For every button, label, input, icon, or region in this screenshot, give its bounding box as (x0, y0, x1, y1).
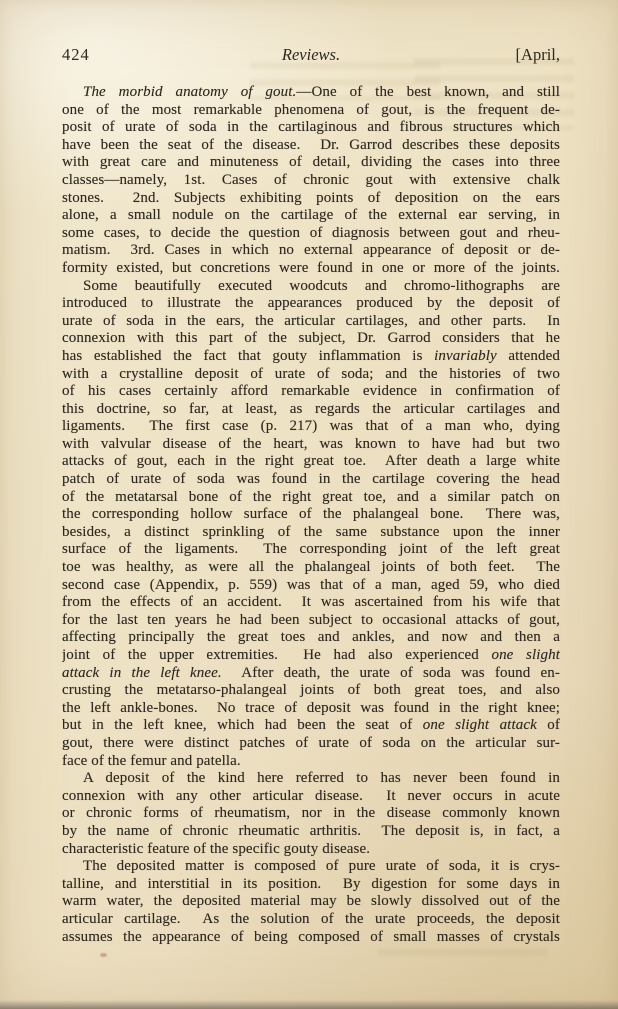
page-header: 424 Reviews. [April, (62, 44, 560, 66)
text-segment: —One of the best known, and still (296, 84, 560, 100)
text-segment: one of the most remarkable phenomena of … (62, 102, 560, 118)
text-segment: connexion with this part of the subject,… (62, 330, 560, 346)
text-segment: attacks of gout, each in the right great… (62, 453, 560, 469)
text-segment: this doctrine, so far, at least, as rega… (62, 401, 560, 417)
text-line: this doctrine, so far, at least, as rega… (62, 401, 560, 419)
text-line: connexion with this part of the subject,… (62, 330, 560, 348)
text-segment: attended (497, 348, 560, 364)
italic-text-segment: one slight (491, 647, 560, 663)
paragraph: A deposit of the kind here referred to h… (62, 770, 560, 858)
text-segment: toe was healthy, as were all the phalang… (62, 559, 560, 575)
text-segment: articular cartilage. As the solution of … (62, 911, 560, 927)
text-segment: face of the femur and patella. (62, 753, 241, 769)
text-line: matism. 3rd. Cases in which no external … (62, 242, 560, 260)
text-segment: introduced to illustrate the appearances… (62, 295, 560, 311)
scanned-page: 424 Reviews. [April, The morbid anatomy … (0, 0, 618, 1009)
text-line: Some beautifully executed woodcuts and c… (62, 278, 560, 296)
text-segment: surface of the ligaments. The correspond… (62, 541, 560, 557)
text-segment: The deposited matter is composed of pure… (83, 858, 560, 874)
text-line: talline, and interstitial in its positio… (62, 876, 560, 894)
paragraph: Some beautifully executed woodcuts and c… (62, 278, 560, 771)
text-segment: formity existed, but concretions were fo… (62, 260, 560, 276)
text-line: toe was healthy, as were all the phalang… (62, 559, 560, 577)
text-line: classes—namely, 1st. Cases of chronic go… (62, 172, 560, 190)
text-line: with valvular disease of the heart, was … (62, 436, 560, 454)
text-segment: besides, a distinct sprinkling of the sa… (62, 524, 560, 540)
text-segment: with a crystalline deposit of urate of s… (62, 366, 560, 382)
text-segment: from the effects of an accident. It was … (62, 594, 560, 610)
text-line: of his cases certainly afford remarkable… (62, 383, 560, 401)
text-segment: second case (Appendix, p. 559) was that … (62, 577, 560, 593)
text-line: introduced to illustrate the appearances… (62, 295, 560, 313)
text-line: from the effects of an accident. It was … (62, 594, 560, 612)
scan-bottom-edge (0, 1000, 618, 1009)
text-segment: urate of soda in the ears, the articular… (62, 313, 560, 329)
text-line: for the last ten years he had been subje… (62, 612, 560, 630)
text-segment: the left ankle-bones. No trace of deposi… (62, 700, 560, 716)
text-line: characteristic feature of the specific g… (62, 841, 560, 859)
issue-date-label: [April, (516, 44, 560, 66)
text-segment: posit of urate of soda in the cartilagin… (62, 119, 560, 135)
text-line: face of the femur and patella. (62, 753, 560, 771)
text-block: The morbid anatomy of gout.—One of the b… (62, 84, 560, 946)
text-line: the corresponding hollow surface of the … (62, 506, 560, 524)
text-line: A deposit of the kind here referred to h… (62, 770, 560, 788)
text-line: warm water, the deposited material may b… (62, 893, 560, 911)
ink-speck (100, 953, 107, 957)
text-segment: crusting the metatarso-phalangeal joints… (62, 682, 560, 698)
text-segment: talline, and interstitial in its positio… (62, 876, 560, 892)
text-segment: of (537, 717, 560, 733)
text-segment: matism. 3rd. Cases in which no external … (62, 242, 560, 258)
italic-text-segment: one slight attack (423, 717, 537, 733)
text-line: surface of the ligaments. The correspond… (62, 541, 560, 559)
running-title: Reviews. (62, 44, 560, 66)
text-segment: some cases, to decide the question of di… (62, 225, 560, 241)
text-segment: ligaments. The first case (p. 217) was t… (62, 418, 560, 434)
italic-text-segment: invariably (434, 348, 497, 364)
text-line: with a crystalline deposit of urate of s… (62, 366, 560, 384)
text-segment: with great care and minuteness of detail… (62, 154, 560, 170)
text-segment: patch of urate of soda was found in the … (62, 471, 560, 487)
text-segment: with valvular disease of the heart, was … (62, 436, 560, 452)
text-line: by the name of chronic rheumatic arthrit… (62, 823, 560, 841)
text-line: or chronic forms of rheumatism, nor in t… (62, 805, 560, 823)
text-segment: have been the seat of the disease. Dr. G… (62, 137, 560, 153)
text-line: assumes the appearance of being composed… (62, 929, 560, 947)
text-line: affecting principally the great toes and… (62, 629, 560, 647)
text-line: articular cartilage. As the solution of … (62, 911, 560, 929)
italic-text-segment: attack in the left knee. (62, 665, 222, 681)
text-line: second case (Appendix, p. 559) was that … (62, 577, 560, 595)
text-line: attacks of gout, each in the right great… (62, 453, 560, 471)
text-line: some cases, to decide the question of di… (62, 225, 560, 243)
text-line: alone, a small nodule on the cartilage o… (62, 207, 560, 225)
text-line: stones. 2nd. Subjects exhibiting points … (62, 190, 560, 208)
text-segment: gout, there were distinct patches of ura… (62, 735, 560, 751)
text-line: The morbid anatomy of gout.—One of the b… (62, 84, 560, 102)
paragraph: The deposited matter is composed of pure… (62, 858, 560, 946)
text-segment: connexion with any other articular disea… (62, 788, 560, 804)
text-line: connexion with any other articular disea… (62, 788, 560, 806)
text-line: gout, there were distinct patches of ura… (62, 735, 560, 753)
text-line: patch of urate of soda was found in the … (62, 471, 560, 489)
text-segment: of his cases certainly afford remarkable… (62, 383, 560, 399)
text-segment: After death, the urate of soda was found… (222, 665, 560, 681)
text-segment: warm water, the deposited material may b… (62, 893, 560, 909)
text-segment: the corresponding hollow surface of the … (62, 506, 560, 522)
text-segment: joint of the upper extremities. He had a… (62, 647, 491, 663)
text-line: ligaments. The first case (p. 217) was t… (62, 418, 560, 436)
text-line: but in the left knee, which had been the… (62, 717, 560, 735)
text-segment: stones. 2nd. Subjects exhibiting points … (62, 190, 560, 206)
text-segment: Some beautifully executed woodcuts and c… (83, 278, 560, 294)
text-segment: classes—namely, 1st. Cases of chronic go… (62, 172, 560, 188)
text-line: joint of the upper extremities. He had a… (62, 647, 560, 665)
text-segment: assumes the appearance of being composed… (62, 929, 560, 945)
text-line: posit of urate of soda in the cartilagin… (62, 119, 560, 137)
text-line: crusting the metatarso-phalangeal joints… (62, 682, 560, 700)
text-line: with great care and minuteness of detail… (62, 154, 560, 172)
text-segment: of the metatarsal bone of the right grea… (62, 489, 560, 505)
text-line: The deposited matter is composed of pure… (62, 858, 560, 876)
text-line: besides, a distinct sprinkling of the sa… (62, 524, 560, 542)
text-segment: characteristic feature of the specific g… (62, 841, 370, 857)
text-line: the left ankle-bones. No trace of deposi… (62, 700, 560, 718)
text-line: has established the fact that gouty infl… (62, 348, 560, 366)
text-segment: alone, a small nodule on the cartilage o… (62, 207, 560, 223)
bleedthrough-smudge (378, 949, 548, 963)
italic-text-segment: The morbid anatomy of gout. (83, 84, 296, 100)
paragraph: The morbid anatomy of gout.—One of the b… (62, 84, 560, 278)
text-line: of the metatarsal bone of the right grea… (62, 489, 560, 507)
text-segment: for the last ten years he had been subje… (62, 612, 560, 628)
text-segment: but in the left knee, which had been the… (62, 717, 423, 733)
text-segment: by the name of chronic rheumatic arthrit… (62, 823, 560, 839)
text-segment: or chronic forms of rheumatism, nor in t… (62, 805, 560, 821)
text-segment: A deposit of the kind here referred to h… (83, 770, 560, 786)
text-line: attack in the left knee. After death, th… (62, 665, 560, 683)
text-line: urate of soda in the ears, the articular… (62, 313, 560, 331)
text-segment: has established the fact that gouty infl… (62, 348, 434, 364)
text-line: one of the most remarkable phenomena of … (62, 102, 560, 120)
text-line: formity existed, but concretions were fo… (62, 260, 560, 278)
text-segment: affecting principally the great toes and… (62, 629, 560, 645)
text-line: have been the seat of the disease. Dr. G… (62, 137, 560, 155)
